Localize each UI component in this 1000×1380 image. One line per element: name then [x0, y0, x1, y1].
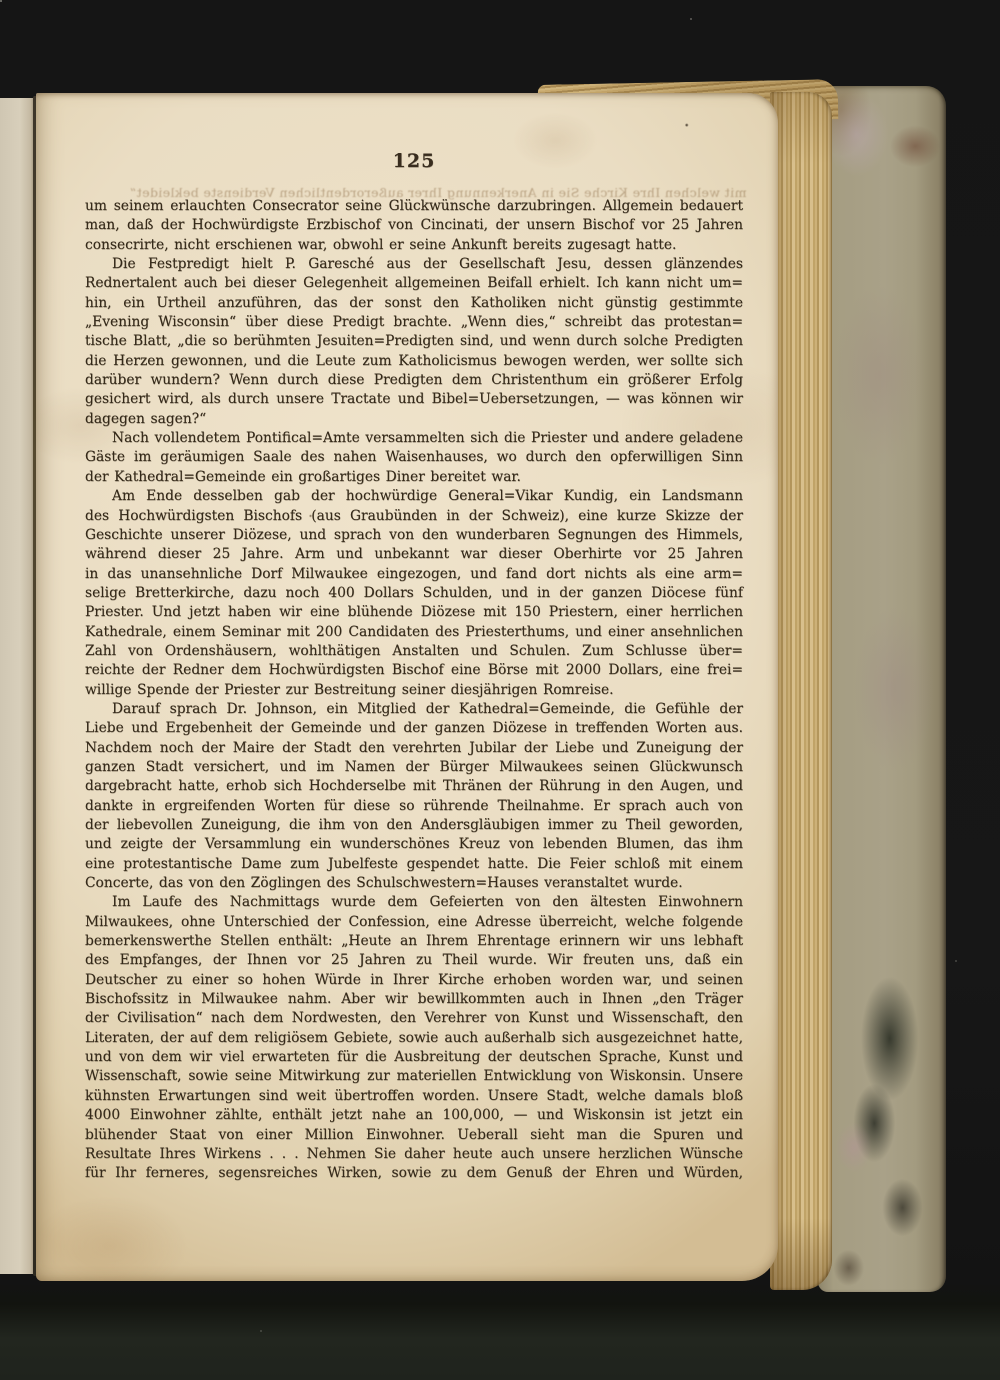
book-back-cover-board	[818, 86, 946, 1292]
text-line: Nachdem noch der Maire der Stadt den ver…	[85, 739, 743, 758]
book-fore-edge-pages	[770, 92, 832, 1290]
scanned-page: mit welchen Ihre Kirche Sie in Anerkennu…	[36, 93, 778, 1281]
text-line: Priester. Und jetzt haben wir eine blühe…	[85, 603, 743, 622]
text-line: ganzen Stadt versichert, und im Namen de…	[85, 758, 743, 777]
text-line: Kathedrale, einem Seminar mit 200 Candid…	[85, 623, 743, 642]
text-line: 4000 Einwohner zählte, enthält jetzt nah…	[85, 1106, 743, 1125]
text-line: eine protestantische Dame zum Jubelfeste…	[85, 855, 743, 874]
text-line: der Civilisation“ nach dem Nordwesten, d…	[85, 1009, 743, 1028]
dust-specks	[0, 0, 2, 2]
text-line: hin, ein Urtheil anzuführen, das der son…	[85, 294, 743, 313]
text-line: kühnsten Erwartungen sind weit übertroff…	[85, 1087, 743, 1106]
text-line: Geschichte unserer Diözese, und sprach v…	[85, 526, 743, 545]
text-line: um seinem erlauchten Consecrator seine G…	[85, 197, 743, 216]
text-line: reichte der Redner dem Hochwürdigsten Bi…	[85, 661, 743, 680]
text-line: Concerte, das von den Zöglingen des Schu…	[85, 874, 743, 893]
text-line: Bischofssitz in Milwaukee nahm. Aber wir…	[85, 990, 743, 1009]
text-line: consecrirte, nicht erschienen war, obwoh…	[85, 236, 743, 255]
text-line: selige Bretterkirche, dazu noch 400 Doll…	[85, 584, 743, 603]
text-line: willige Spende der Priester zur Bestreit…	[85, 681, 743, 700]
text-line: während dieser 25 Jahre. Arm und unbekan…	[85, 545, 743, 564]
facing-page-sliver	[0, 98, 36, 1274]
text-line: Wissenschaft, sowie seine Mitwirkung zur…	[85, 1067, 743, 1086]
text-line: Am Ende desselben gab der hochwürdige Ge…	[85, 487, 743, 506]
text-line: Rednertalent auch bei dieser Gelegenheit…	[85, 274, 743, 293]
text-line: in das unansehnliche Dorf Milwaukee eing…	[85, 565, 743, 584]
text-line: Die Festpredigt hielt P. Garesché aus de…	[85, 255, 743, 274]
text-line: des Hochwürdigsten Bischofs (aus Graubün…	[85, 507, 743, 526]
text-line: dagegen sagen?“	[85, 410, 743, 429]
text-line: tische Blatt, „die so berühmten Jesuiten…	[85, 332, 743, 351]
text-line: und zeigte der Versammlung ein wundersch…	[85, 835, 743, 854]
text-line: Zahl von Ordenshäusern, wohlthätigen Ans…	[85, 642, 743, 661]
page-number: 125	[85, 150, 743, 176]
text-line: die Herzen gewonnen, und die Leute zum K…	[85, 352, 743, 371]
text-line: „Evening Wisconsin“ über diese Predigt b…	[85, 313, 743, 332]
text-line: dargebracht hatte, erhob sich Hochdersel…	[85, 777, 743, 796]
text-line: der liebevollen Zuneigung, die ihm von d…	[85, 816, 743, 835]
text-line: des Empfanges, der Ihnen vor 25 Jahren z…	[85, 951, 743, 970]
text-line: Darauf sprach Dr. Johnson, ein Mitglied …	[85, 700, 743, 719]
book-scan-photo: mit welchen Ihre Kirche Sie in Anerkennu…	[0, 0, 1000, 1380]
text-line: der Kathedral=Gemeinde ein großartiges D…	[85, 468, 743, 487]
text-line: man, daß der Hochwürdigste Erzbischof vo…	[85, 216, 743, 235]
text-line: dankte in ergreifenden Worten für diese …	[85, 797, 743, 816]
text-line: Liebe und Ergebenheit der Gemeinde und d…	[85, 719, 743, 738]
body-text: um seinem erlauchten Consecrator seine G…	[85, 197, 743, 1184]
text-line: Deutscher zu einer so hohen Würde in Ihr…	[85, 971, 743, 990]
text-line: Gäste im geräumigen Saale des nahen Wais…	[85, 448, 743, 467]
text-line: gesichert wird, als durch unsere Tractat…	[85, 390, 743, 409]
text-line: blühender Staat von einer Million Einwoh…	[85, 1126, 743, 1145]
text-line: Resultate Ihres Wirkens . . . Nehmen Sie…	[85, 1145, 743, 1164]
text-line: Milwaukees, ohne Unterschied der Confess…	[85, 913, 743, 932]
text-line: darüber wundern? Wenn durch diese Predig…	[85, 371, 743, 390]
text-line: bemerkenswerthe Stellen enthält: „Heute …	[85, 932, 743, 951]
text-line: Im Laufe des Nachmittags wurde dem Gefei…	[85, 893, 743, 912]
text-line: und von dem wir viel erwarteten für die …	[85, 1048, 743, 1067]
text-line: Literaten, der auf dem religiösem Gebiet…	[85, 1029, 743, 1048]
text-line: für Ihr ferneres, segensreiches Wirken, …	[85, 1164, 743, 1183]
text-line: Nach vollendetem Pontifical=Amte versamm…	[85, 429, 743, 448]
